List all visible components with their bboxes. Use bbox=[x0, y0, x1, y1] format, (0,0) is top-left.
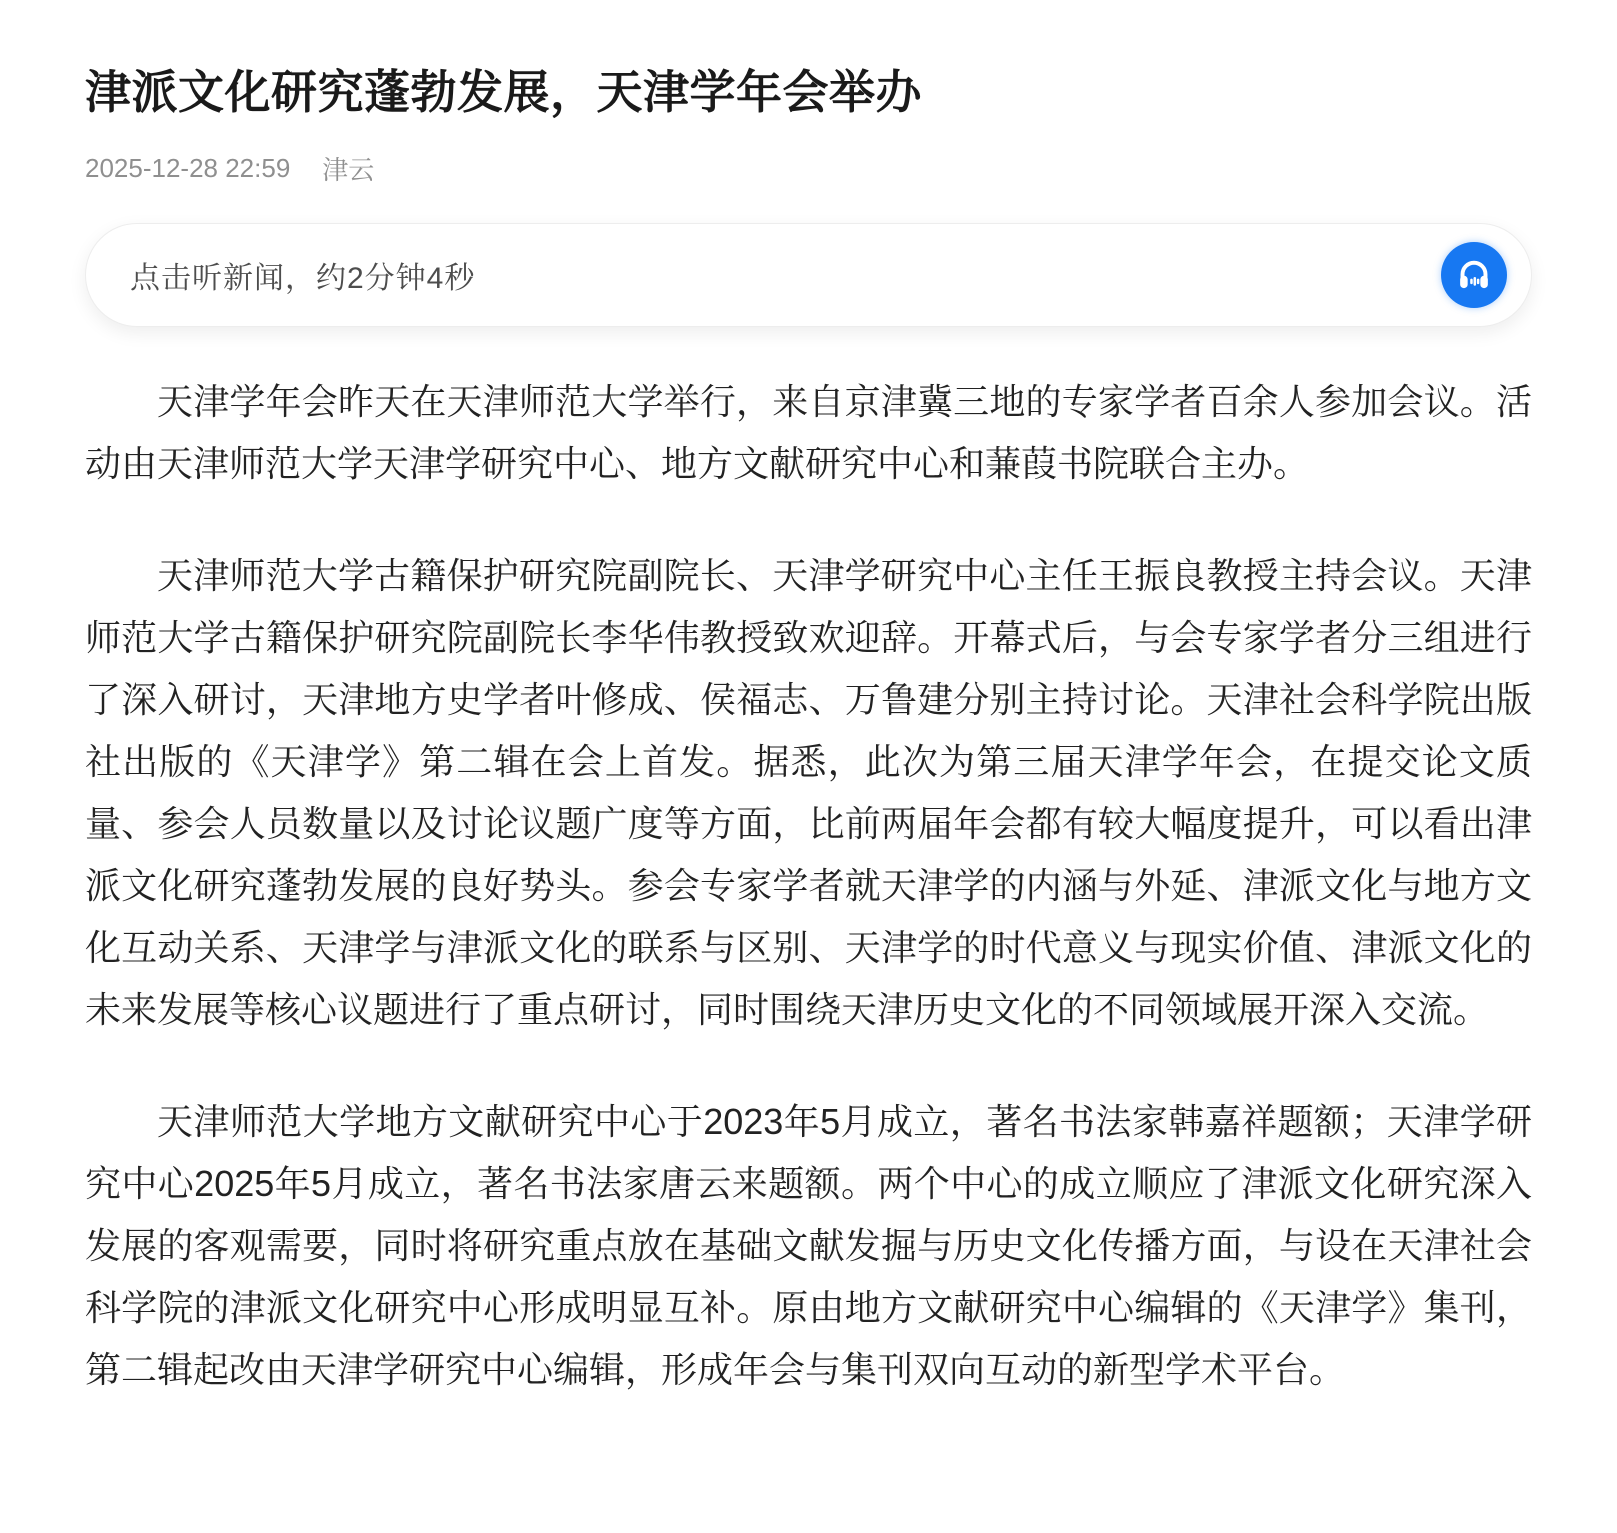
article-body: 天津学年会昨天在天津师范大学举行，来自京津冀三地的专家学者百余人参加会议。活动由… bbox=[85, 371, 1532, 1401]
listen-news-bar[interactable]: 点击听新闻，约2分钟4秒 bbox=[85, 223, 1532, 327]
source-name: 津云 bbox=[322, 150, 374, 187]
listen-news-label: 点击听新闻，约2分钟4秒 bbox=[130, 253, 475, 297]
play-audio-button[interactable] bbox=[1441, 242, 1507, 308]
article-meta: 2025-12-28 22:59 津云 bbox=[85, 150, 1532, 187]
article-page: 津派文化研究蓬勃发展，天津学年会举办 2025-12-28 22:59 津云 点… bbox=[0, 0, 1617, 1533]
article-paragraph: 天津师范大学古籍保护研究院副院长、天津学研究中心主任王振良教授主持会议。天津师范… bbox=[85, 545, 1532, 1041]
article-title: 津派文化研究蓬勃发展，天津学年会举办 bbox=[85, 64, 1532, 122]
headphones-icon bbox=[1455, 256, 1493, 294]
article-paragraph: 天津师范大学地方文献研究中心于2023年5月成立，著名书法家韩嘉祥题额；天津学研… bbox=[85, 1091, 1532, 1401]
article-paragraph: 天津学年会昨天在天津师范大学举行，来自京津冀三地的专家学者百余人参加会议。活动由… bbox=[85, 371, 1532, 495]
publish-date: 2025-12-28 22:59 bbox=[85, 153, 290, 184]
